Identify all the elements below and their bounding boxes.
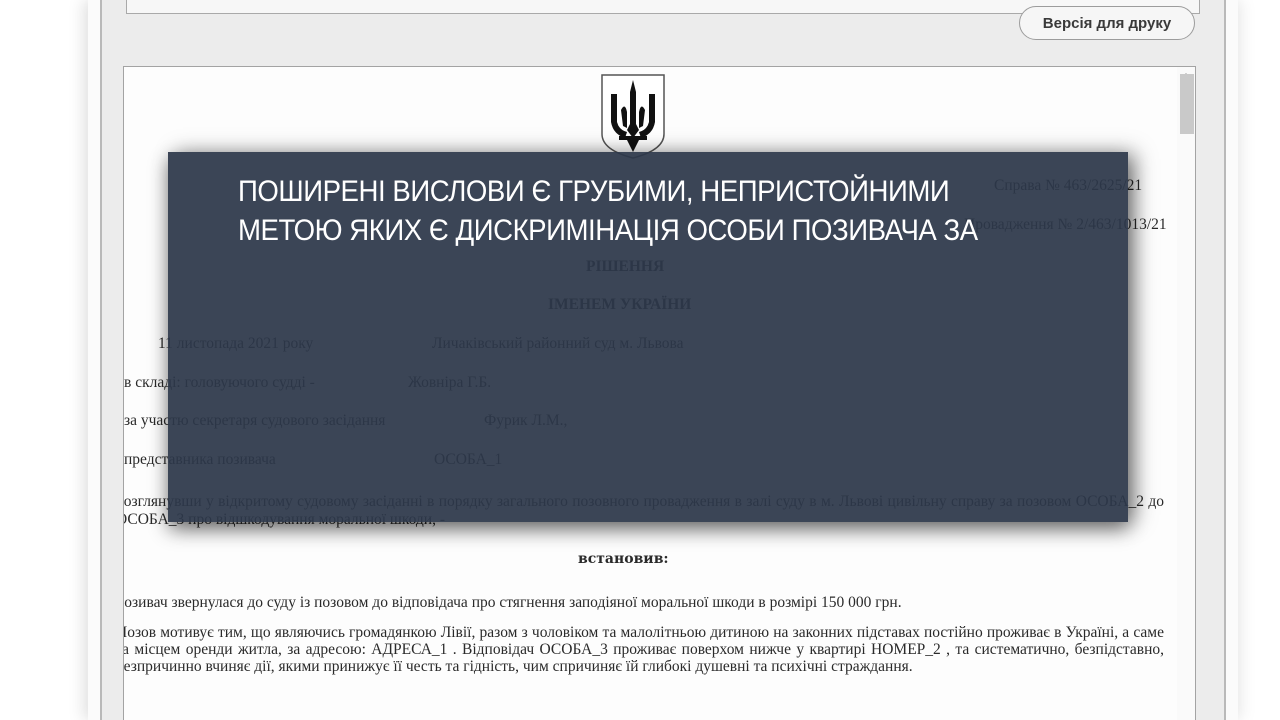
print-version-button[interactable]: Версія для друку (1019, 6, 1195, 40)
paragraph-motivation: Позов мотивує тим, що являючись громадян… (123, 624, 1164, 675)
paragraph-claim: позивач звернулася до суду із позовом до… (123, 594, 902, 612)
quote-overlay-banner: ПОШИРЕНІ ВИСЛОВИ Є ГРУБИМИ, НЕПРИСТОЙНИМ… (168, 152, 1128, 522)
established-heading: встановив: (578, 551, 669, 567)
vertical-scrollbar[interactable] (1177, 67, 1195, 720)
overlay-caption: ПОШИРЕНІ ВИСЛОВИ Є ГРУБИМИ, НЕПРИСТОЙНИМ… (238, 172, 978, 250)
coat-of-arms-icon (599, 72, 667, 160)
overlay-line-2: МЕТОЮ ЯКИХ Є ДИСКРИМІНАЦІЯ ОСОБИ ПОЗИВАЧ… (238, 211, 978, 250)
overlay-line-1: ПОШИРЕНІ ВИСЛОВИ Є ГРУБИМИ, НЕПРИСТОЙНИМ… (238, 172, 978, 211)
scroll-thumb[interactable] (1180, 74, 1194, 134)
